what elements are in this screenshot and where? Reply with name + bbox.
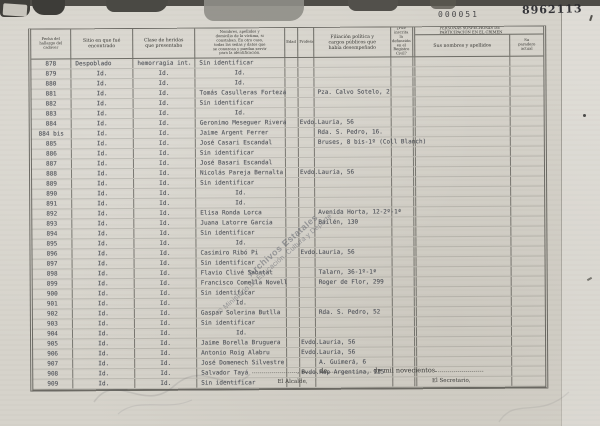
cell-filiacion: Talarn, 36-1º-1ª (316, 267, 393, 276)
cell-registro (392, 147, 416, 156)
cell-sitio: Id. (72, 199, 134, 208)
cell-edad (286, 108, 299, 117)
cell-edad (286, 148, 299, 157)
footer-de-label: de (319, 367, 327, 375)
cell-num: 898 (33, 269, 73, 278)
cell-profesion (300, 328, 316, 337)
cell-edad (286, 168, 299, 177)
cell-registro (392, 177, 416, 186)
cell-num: 904 (33, 329, 73, 338)
cell-paradero (510, 57, 543, 66)
cell-edad (286, 178, 299, 187)
cell-sospechosos (416, 157, 511, 167)
cell-sitio: Id. (72, 169, 134, 178)
cell-sitio: Id. (72, 119, 134, 128)
cell-heridas: Id. (134, 159, 196, 168)
cell-nombres: Flavio Clivé Sabatat (197, 268, 287, 278)
cell-nombres: Jaime Argent Ferrer (196, 128, 286, 138)
cell-nombres: Id. (196, 198, 286, 208)
cell-paradero (510, 87, 543, 96)
cell-registro (393, 337, 417, 346)
cell-num: 885 (32, 139, 72, 148)
cell-profesion: Evdo. (299, 248, 315, 257)
cell-nombres: Casimiro Ribó Pi (196, 248, 286, 258)
cell-filiacion (315, 197, 392, 206)
cell-sospechosos (416, 107, 511, 117)
cell-paradero (511, 97, 544, 106)
cell-filiacion (316, 297, 393, 306)
cell-registro (392, 227, 416, 236)
cell-profesion (298, 68, 314, 77)
cell-num: 881 (32, 89, 72, 98)
table-body: 878Despobladohemorragia int.Sin identifi… (31, 57, 545, 390)
cell-sospechosos (417, 277, 512, 287)
cell-paradero (510, 77, 543, 86)
cell-registro (392, 157, 416, 166)
cell-registro (392, 207, 416, 216)
blank-line (305, 366, 317, 373)
cell-nombres: Sin identificar (196, 148, 286, 158)
cell-num: 882 (32, 99, 72, 108)
cell-filiacion (316, 257, 393, 266)
cell-edad (286, 208, 299, 217)
cell-num: 878 (31, 59, 71, 68)
cell-sospechosos (417, 327, 512, 337)
cell-edad (287, 278, 300, 287)
cell-sitio: Id. (72, 209, 134, 218)
cell-sospechosos (416, 127, 511, 137)
cell-registro (392, 107, 416, 116)
cell-registro (393, 297, 417, 306)
cell-nombres: Id. (196, 108, 286, 118)
cell-registro (392, 237, 416, 246)
cell-num: 886 (32, 149, 72, 158)
cell-profesion (300, 278, 316, 287)
cell-registro (393, 257, 417, 266)
cell-profesion (299, 138, 315, 147)
cell-sospechosos (417, 347, 512, 357)
header-fecha: Fecha del hallazgo del cadáver (31, 29, 71, 58)
cell-edad (287, 268, 300, 277)
cell-sitio: Id. (73, 259, 135, 268)
cell-profesion (300, 298, 316, 307)
header-nombres: Nombres, apellidos y domicilio de la víc… (195, 28, 285, 58)
cell-registro (391, 57, 415, 66)
cell-paradero (511, 197, 544, 206)
cell-paradero (511, 227, 544, 236)
cell-heridas: Id. (134, 169, 196, 178)
cell-sitio: Id. (72, 249, 134, 258)
cell-paradero (512, 297, 545, 306)
cell-num: 902 (33, 309, 73, 318)
cell-sospechosos (417, 257, 512, 267)
cell-heridas: Id. (134, 249, 196, 258)
cell-registro (392, 217, 416, 226)
cell-filiacion: Lauria, 56 (316, 347, 393, 356)
cell-filiacion (314, 57, 391, 66)
cell-heridas: Id. (134, 199, 196, 208)
cell-sitio: Id. (72, 179, 134, 188)
cell-sospechosos (417, 287, 512, 297)
cell-edad (286, 188, 299, 197)
cell-heridas: Id. (134, 139, 196, 148)
cell-filiacion (314, 77, 391, 86)
cell-registro (391, 77, 415, 86)
cell-registro (392, 117, 416, 126)
cell-sitio: Id. (73, 269, 135, 278)
cell-paradero (512, 337, 545, 346)
pencil-scribble (495, 386, 575, 426)
cell-num: 888 (32, 169, 72, 178)
footer-novecientos-label: de mil novecientos (373, 366, 435, 374)
cell-sospechosos (416, 147, 511, 157)
scanned-document-page: 8962113 000051 Fecha del hallazgo del ca… (0, 6, 600, 426)
cell-paradero (512, 287, 545, 296)
cell-profesion (298, 78, 314, 87)
cell-paradero (512, 327, 545, 336)
cell-num: 907 (33, 359, 73, 368)
header-sospechosas-nombres: Sus nombres y apellidos (415, 35, 510, 56)
cell-heridas: Id. (134, 189, 196, 198)
cell-heridas: Id. (135, 339, 197, 348)
cell-heridas: Id. (135, 299, 197, 308)
cell-edad (285, 78, 298, 87)
cell-filiacion (316, 317, 393, 326)
cell-heridas: Id. (134, 239, 196, 248)
cell-nombres: Id. (197, 328, 287, 338)
cell-num: 883 (32, 109, 72, 118)
cell-num: 889 (32, 179, 72, 188)
cell-sitio: Id. (72, 109, 134, 118)
cell-heridas: Id. (135, 329, 197, 338)
cell-nombres: Id. (195, 78, 285, 88)
cell-profesion (299, 98, 315, 107)
cell-heridas: Id. (134, 99, 196, 108)
cell-heridas: Id. (134, 149, 196, 158)
cell-profesion: Evdo. (299, 118, 315, 127)
cell-heridas: Id. (135, 279, 197, 288)
cell-sitio: Id. (73, 319, 135, 328)
cell-sitio: Id. (73, 299, 135, 308)
cell-profesion (300, 258, 316, 267)
cell-num: 896 (32, 249, 72, 258)
cell-sospechosos (417, 337, 512, 347)
cell-edad (286, 218, 299, 227)
cell-heridas: Id. (134, 119, 196, 128)
cell-profesion (299, 238, 315, 247)
cell-filiacion (315, 147, 392, 156)
cell-nombres: Sin identificar (197, 258, 287, 268)
cell-registro (392, 167, 416, 176)
cell-edad (286, 88, 299, 97)
cell-num: 899 (33, 279, 73, 288)
cell-heridas: Id. (135, 289, 197, 298)
header-paradero: Su paradero actual (510, 35, 543, 56)
cell-sospechosos (416, 137, 511, 147)
cell-paradero (511, 207, 544, 216)
cell-sitio: Id. (73, 339, 135, 348)
cell-registro (393, 287, 417, 296)
cell-edad (287, 298, 300, 307)
cell-filiacion (315, 97, 392, 106)
cell-paradero (510, 67, 543, 76)
cell-paradero (511, 187, 544, 196)
cell-heridas: Id. (134, 179, 196, 188)
cell-paradero (511, 117, 544, 126)
cell-num: 887 (32, 159, 72, 168)
cell-sospechosos (416, 167, 511, 177)
cell-edad (287, 288, 300, 297)
cell-nombres: Id. (196, 238, 286, 248)
victims-registry-table: Fecha del hallazgo del cadáver Sitio en … (28, 25, 548, 391)
cell-num: 879 (31, 69, 71, 78)
cell-profesion (299, 148, 315, 157)
cell-sospechosos (416, 117, 511, 127)
cell-sitio: Id. (71, 79, 133, 88)
cell-sitio: Id. (72, 159, 134, 168)
cell-heridas: hemorragia int. (133, 59, 195, 68)
cell-sospechosos (416, 227, 511, 237)
cell-registro (393, 267, 417, 276)
cell-nombres: Tomás Casulleras Forteza (196, 88, 286, 98)
cell-nombres: Sin identificar (196, 98, 286, 108)
cell-heridas: Id. (134, 209, 196, 218)
cell-registro (393, 327, 417, 336)
cell-num: 901 (33, 299, 73, 308)
cell-filiacion: Lauria, 56 (315, 167, 392, 176)
cell-nombres: Antonio Roig Alabru (197, 348, 287, 358)
cell-paradero (511, 247, 544, 256)
cell-sitio: Id. (72, 99, 134, 108)
cell-profesion (300, 288, 316, 297)
cell-edad (287, 348, 300, 357)
cell-edad (286, 158, 299, 167)
cell-filiacion: Lauria, 56 (316, 337, 393, 346)
cell-sospechosos (416, 197, 511, 207)
cell-profesion (299, 198, 315, 207)
cell-sitio: Id. (72, 89, 134, 98)
cell-paradero (511, 177, 544, 186)
cell-edad (285, 58, 298, 67)
cell-paradero (512, 267, 545, 276)
cell-paradero (512, 257, 545, 266)
cell-nombres: Id. (197, 298, 287, 308)
cell-sitio: Id. (73, 329, 135, 338)
cell-nombres: Gaspar Solerina Butlla (197, 308, 287, 318)
header-sitio: Sitio en que fué encontrado (71, 29, 133, 58)
cell-num: 890 (32, 189, 72, 198)
cell-sospechosos (415, 57, 510, 67)
cell-edad (287, 308, 300, 317)
cell-sospechosos (416, 177, 511, 187)
cell-registro (391, 87, 415, 96)
cell-sospechosos (415, 67, 510, 77)
cell-filiacion: Rda. S. Pedro, 16. (315, 127, 392, 136)
cell-paradero (512, 307, 545, 316)
header-profesion: Profesión (298, 28, 314, 57)
cell-num: 884 (32, 119, 72, 128)
cell-paradero (511, 157, 544, 166)
header-sospechosas-group: PERSONAS SOSPECHOSAS DE PARTICIPACIÓN EN… (415, 27, 543, 57)
cell-sospechosos (416, 247, 511, 257)
ink-speck (583, 114, 586, 117)
blank-line (435, 365, 483, 372)
cell-sospechosos (416, 187, 511, 197)
cell-heridas: Id. (134, 219, 196, 228)
cell-heridas: Id. (135, 269, 197, 278)
cell-registro (392, 137, 416, 146)
cell-sitio: Id. (73, 349, 135, 358)
cell-edad (287, 318, 300, 327)
cell-edad (287, 338, 300, 347)
cell-nombres: Francisco Comella Novell (197, 278, 287, 288)
cell-sitio: Id. (73, 309, 135, 318)
cell-filiacion: Lauria, 56 (315, 247, 392, 256)
cell-edad (286, 138, 299, 147)
cell-profesion (298, 58, 314, 67)
cell-num: 893 (32, 219, 72, 228)
cell-nombres: José Casari Escandal (196, 138, 286, 148)
cell-registro (393, 377, 417, 386)
cell-sitio: Id. (71, 69, 133, 78)
cell-profesion (299, 178, 315, 187)
cell-nombres: Jaime Borella Bruguera (197, 338, 287, 348)
cell-filiacion (316, 287, 393, 296)
cell-profesion: Evdo. (300, 338, 316, 347)
cell-paradero (511, 237, 544, 246)
table-header-row: Fecha del hallazgo del cadáver Sitio en … (31, 27, 543, 60)
cell-num: 900 (33, 289, 73, 298)
cell-heridas: Id. (135, 349, 197, 358)
footer-a-label: , a (297, 367, 305, 375)
cell-edad (286, 238, 299, 247)
cell-num: 905 (33, 339, 73, 348)
cell-heridas: Id. (134, 129, 196, 138)
cell-filiacion: Pza. Calvo Sotelo, 2 (315, 87, 392, 96)
cell-filiacion: Roger de Flor, 299 (316, 277, 393, 286)
cell-nombres: Nicolás Pareja Bernalta (196, 168, 286, 178)
cell-profesion: Evdo. (300, 348, 316, 357)
cell-nombres: Juana Latorre García (196, 218, 286, 228)
cell-profesion (299, 228, 315, 237)
cell-num: 903 (33, 319, 73, 328)
cell-sitio: Id. (72, 219, 134, 228)
cell-paradero (511, 107, 544, 116)
cell-heridas: Id. (135, 319, 197, 328)
cell-nombres: Sin identificar (195, 58, 285, 68)
cell-paradero (512, 277, 545, 286)
cell-nombres: Sin identificar (196, 228, 286, 238)
cell-paradero (511, 127, 544, 136)
cell-edad (285, 68, 298, 77)
cell-sospechosos (417, 307, 512, 317)
cell-profesion (299, 108, 315, 117)
header-registro-civil: ¿Fué inscrita la defunción en el Registr… (391, 27, 415, 56)
cell-sitio: Id. (73, 279, 135, 288)
cell-heridas: Id. (134, 109, 196, 118)
cell-profesion: Evdo. (299, 168, 315, 177)
cell-filiacion: Bailén, 130 (315, 217, 392, 226)
blank-line (252, 366, 297, 373)
cell-registro (393, 347, 417, 356)
cell-edad (286, 118, 299, 127)
cell-sitio: Id. (72, 129, 134, 138)
cell-nombres: Id. (196, 188, 286, 198)
secretario-signature-label: El Secretario, (432, 377, 471, 384)
cell-sospechosos (417, 317, 512, 327)
cell-profesion (299, 128, 315, 137)
cell-nombres: Sin identificar (196, 178, 286, 188)
cell-sospechosos (416, 217, 511, 227)
cell-registro (393, 307, 417, 316)
cell-sospechosos (415, 87, 510, 97)
header-filiacion: Filiación política y cargos públicos que… (314, 27, 391, 56)
cell-edad (287, 258, 300, 267)
cell-paradero (512, 357, 545, 366)
cell-sitio: Despoblado (71, 59, 133, 68)
cell-heridas: Id. (135, 259, 197, 268)
cell-registro (392, 97, 416, 106)
cell-registro (393, 277, 417, 286)
blank-line (327, 366, 371, 373)
cell-num: 894 (32, 229, 72, 238)
cell-profesion (299, 158, 315, 167)
cell-edad (286, 228, 299, 237)
cell-heridas: Id. (134, 229, 196, 238)
cell-profesion (300, 308, 316, 317)
cell-sospechosos (417, 297, 512, 307)
cell-sitio: Id. (72, 239, 134, 248)
cell-registro (392, 197, 416, 206)
cell-filiacion (315, 157, 392, 166)
header-edad: Edad (285, 28, 298, 57)
cell-sospechosos (417, 267, 512, 277)
cell-num: 892 (32, 209, 72, 218)
cell-filiacion (315, 227, 392, 236)
cell-filiacion: Bruses, 8 bis-1º (Coll Blanch) (315, 137, 392, 146)
cell-paradero (512, 317, 545, 326)
cell-paradero (511, 217, 544, 226)
cell-heridas: Id. (133, 79, 195, 88)
cell-profesion (299, 188, 315, 197)
cell-nombres: Sin identificar (197, 318, 287, 328)
cell-profesion (299, 208, 315, 217)
cell-sitio: Id. (72, 189, 134, 198)
cell-num: 897 (33, 259, 73, 268)
cell-registro (392, 127, 416, 136)
cell-num: 906 (33, 349, 73, 358)
cell-paradero (511, 137, 544, 146)
cell-sitio: Id. (72, 229, 134, 238)
cell-paradero (512, 367, 545, 376)
cell-registro (391, 67, 415, 76)
cell-filiacion (315, 187, 392, 196)
cell-heridas: Id. (133, 69, 195, 78)
cell-nombres: Geronimo Meseguer Rivera (196, 118, 286, 128)
cell-heridas: Id. (134, 89, 196, 98)
cell-paradero (511, 147, 544, 156)
cell-filiacion (316, 377, 393, 386)
cell-paradero (512, 347, 545, 356)
cell-edad (286, 198, 299, 207)
cell-sitio: Id. (72, 149, 134, 158)
cell-profesion (299, 218, 315, 227)
cell-profesion (299, 88, 315, 97)
cell-filiacion (315, 107, 392, 116)
cell-nombres: José Basari Escandal (196, 158, 286, 168)
cell-registro (392, 187, 416, 196)
cell-edad (286, 248, 299, 257)
